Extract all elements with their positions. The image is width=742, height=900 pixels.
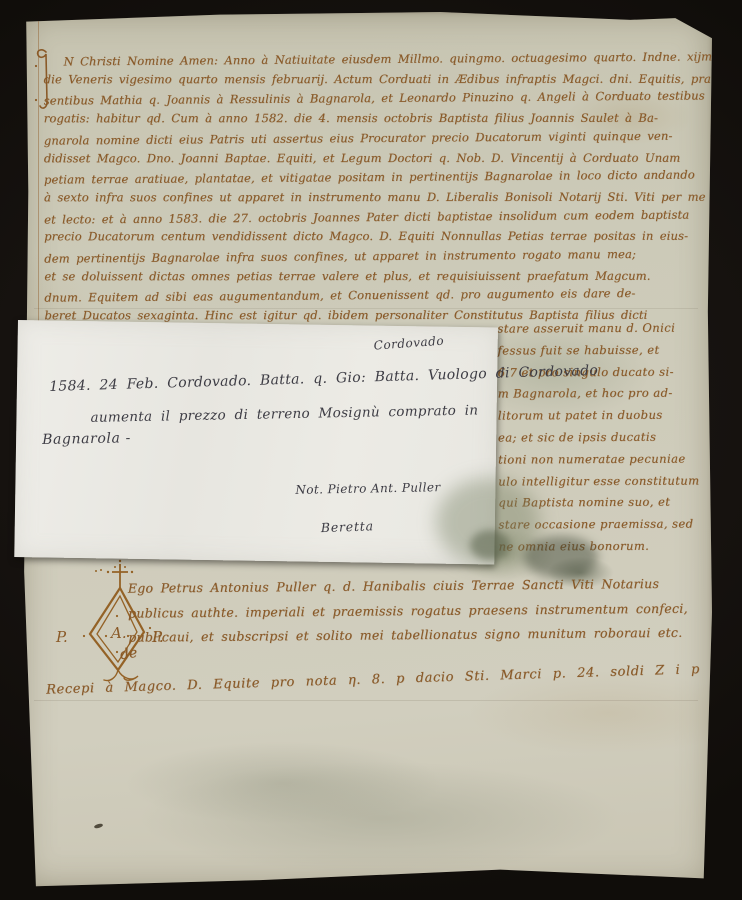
- manuscript-line: publicaui, et subscripsi et solito mei t…: [128, 621, 728, 651]
- ink-blot: [94, 823, 104, 829]
- manuscript-right-fragment: stare asseruit manu d. Onici fessus fuit…: [497, 317, 710, 566]
- manuscript-line: ne omnia eius bonorum.: [498, 535, 710, 558]
- slip-notary-name: Not. Pietro Ant. Puller: [295, 480, 440, 497]
- manuscript-line: dem pertinentijs Bagnarolae infra suos c…: [44, 244, 708, 269]
- manuscript-line: stare asseruit manu d. Onici: [497, 317, 709, 340]
- slip-place-line: Bagnarola -: [42, 430, 131, 448]
- manuscript-line: stare occasione praemissa, sed: [498, 514, 710, 537]
- scan-background: N Christi Nomine Amen: Anno à Natiuitate…: [0, 0, 742, 900]
- margin-flourish: de: [119, 645, 138, 663]
- slip-corner-note: Cordovado: [373, 334, 444, 353]
- manuscript-line: ea; et sic de ipsis ducatis: [498, 426, 710, 449]
- manuscript-line: tioni non numeratae pecuniae: [498, 448, 710, 471]
- notary-letter-center: A.: [109, 624, 127, 642]
- notary-letter-left: P.: [55, 628, 68, 646]
- horizontal-crease: [34, 700, 698, 701]
- manuscript-line: fessus fuit se habuisse, et: [497, 339, 709, 362]
- manuscript-line: N Christi Nomine Amen: Anno à Natiuitate…: [43, 47, 707, 72]
- notary-attestation-block: Ego Petrus Antonius Puller q. d. Hanibal…: [128, 571, 729, 650]
- slip-summary-line: aumenta il prezzo di terreno Mosignù com…: [90, 402, 478, 425]
- manuscript-line: à sexto infra suos confines ut apparet i…: [44, 188, 708, 208]
- archival-slip: Cordovado 1584. 24 Feb. Cordovado. Batta…: [14, 320, 498, 565]
- slip-countersign: Beretta: [321, 518, 375, 535]
- manuscript-line: ulo intelligitur esse constitutum: [498, 470, 710, 493]
- manuscript-line: qui Baptista nomine suo, et: [498, 492, 710, 515]
- manuscript-line: rogatis: habitur qd. Cum à anno 1582. di…: [44, 109, 708, 129]
- manuscript-top-block: N Christi Nomine Amen: Anno à Natiuitate…: [44, 49, 709, 327]
- manuscript-line: litorum ut patet in duobus: [498, 405, 710, 428]
- manuscript-line: gnarola nomine dicti eius Patris uti ass…: [44, 126, 708, 151]
- manuscript-line: petiam terrae aratiuae, plantatae, et vi…: [44, 166, 708, 191]
- manuscript-line: m Bagnarola, et hoc pro ad-: [498, 383, 710, 406]
